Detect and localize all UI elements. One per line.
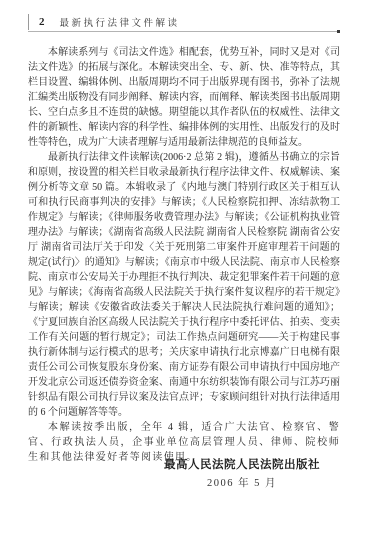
paragraph-2: 最新执行法律文件读解读(2006·2 总第 2 辑)，遵循丛书确立的宗旨和原则，… xyxy=(28,150,340,420)
preface-body: 本解读系列与《司法文件选》相配套，优势互补，同时又是对《司法文件选》的拓展与深化… xyxy=(28,45,340,465)
header-rule xyxy=(28,31,338,32)
book-page: 2 最新执行法律文件解读 本解读系列与《司法文件选》相配套，优势互补，同时又是对… xyxy=(0,0,369,539)
page-number: 2 xyxy=(39,16,45,28)
rule-end-square xyxy=(337,30,340,33)
running-title: 最新执行法律文件解读 xyxy=(60,15,180,29)
signature-block: 最高人民法院人民法院出版社 2006 年 5 月 xyxy=(28,456,340,491)
page-header: 2 最新执行法律文件解读 xyxy=(28,13,338,31)
paragraph-1: 本解读系列与《司法文件选》相配套，优势互补，同时又是对《司法文件选》的拓展与深化… xyxy=(28,45,340,150)
header-divider-bar xyxy=(28,14,29,30)
publisher-block: 最高人民法院人民法院出版社 2006 年 5 月 xyxy=(164,456,320,490)
publication-date: 2006 年 5 月 xyxy=(164,475,320,490)
publisher-name: 最高人民法院人民法院出版社 xyxy=(164,456,320,472)
